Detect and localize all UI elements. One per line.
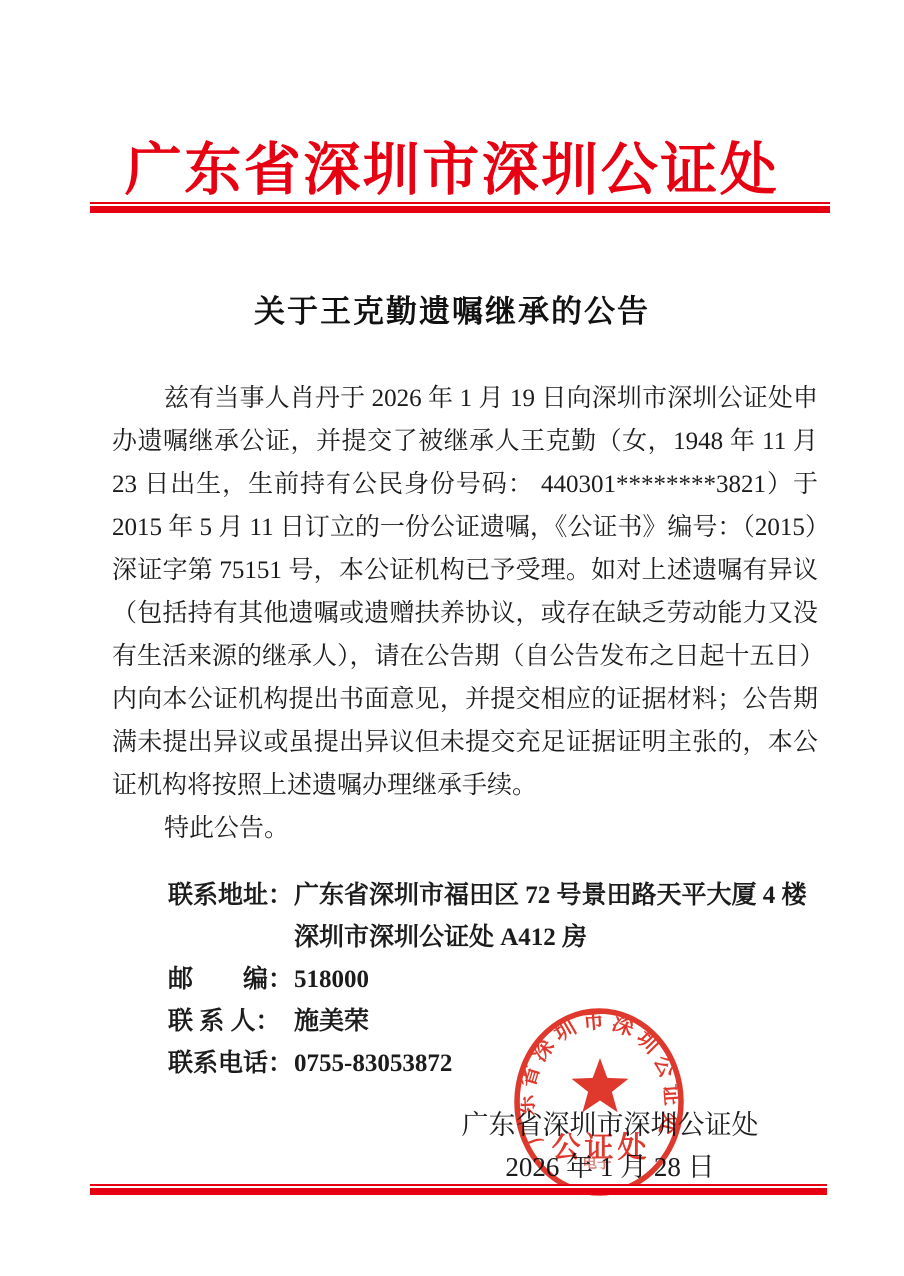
header-org-name: 广东省深圳市深圳公证处 <box>0 124 904 206</box>
body-line: 兹有当事人肖丹于 2026 年 1 月 19 日向深圳市深圳公证处申 <box>112 377 818 420</box>
contact-value: 518000 <box>294 959 369 1001</box>
seal-sub-text: 电子 <box>583 1154 612 1172</box>
contact-label: 联 系 人： <box>168 1001 294 1043</box>
contact-label: 联系地址： <box>168 875 294 959</box>
seal-star-icon <box>572 1058 629 1112</box>
announcement-body: 兹有当事人肖丹于 2026 年 1 月 19 日向深圳市深圳公证处申 办遗嘱继承… <box>112 377 818 850</box>
notary-announcement-document: 广东省深圳市深圳公证处 关于王克勤遗嘱继承的公告 兹有当事人肖丹于 2026 年… <box>0 0 904 1276</box>
contact-row-address: 联系地址： 广东省深圳市福田区 72 号景田路天平大厦 4 楼 深圳市深圳公证处… <box>168 875 828 959</box>
contact-label: 联系电话： <box>168 1043 294 1085</box>
contact-value: 施美荣 <box>294 1001 369 1043</box>
body-line: 23 日出生，生前持有公民身份号码： 440301********3821）于 <box>112 463 818 506</box>
contact-value-line: 广东省深圳市福田区 72 号景田路天平大厦 4 楼 <box>294 875 807 917</box>
body-line: 深证字第 75151 号，本公证机构已予受理。如对上述遗嘱有异议 <box>112 549 818 592</box>
body-line: 满未提出异议或虽提出异议但未提交充足证据证明主张的，本公 <box>112 721 818 764</box>
body-line: 2015 年 5 月 11 日订立的一份公证遗嘱，《公证书》编号：（2015） <box>112 506 818 549</box>
official-seal: 广东省深圳市深圳公证处 公证处 电子 <box>510 1005 688 1201</box>
contact-label: 邮 编： <box>168 959 294 1001</box>
contact-row-postcode: 邮 编： 518000 <box>168 959 828 1001</box>
body-line: 办遗嘱继承公证，并提交了被继承人王克勤（女，1948 年 11 月 <box>112 420 818 463</box>
contact-value-line: 深圳市深圳公证处 A412 房 <box>294 917 807 959</box>
contact-value: 0755-83053872 <box>294 1043 452 1085</box>
contact-row-phone: 联系电话： 0755-83053872 <box>168 1043 828 1085</box>
body-line: 内向本公证机构提出书面意见，并提交相应的证据材料；公告期 <box>112 678 818 721</box>
body-line: 证机构将按照上述遗嘱办理继承手续。 <box>112 764 818 807</box>
contact-block: 联系地址： 广东省深圳市福田区 72 号景田路天平大厦 4 楼 深圳市深圳公证处… <box>168 875 828 1085</box>
body-line: （包括持有其他遗嘱或遗赠扶养协议，或存在缺乏劳动能力又没 <box>112 592 818 635</box>
body-line: 有生活来源的继承人），请在公告期（自公告发布之日起十五日） <box>112 635 818 678</box>
contact-row-person: 联 系 人： 施美荣 <box>168 1001 828 1043</box>
header-divider <box>90 202 830 213</box>
contact-value: 广东省深圳市福田区 72 号景田路天平大厦 4 楼 深圳市深圳公证处 A412 … <box>294 875 807 959</box>
footer-divider <box>90 1184 827 1195</box>
body-line: 特此公告。 <box>112 807 818 850</box>
page-title: 关于王克勤遗嘱继承的公告 <box>0 286 904 331</box>
